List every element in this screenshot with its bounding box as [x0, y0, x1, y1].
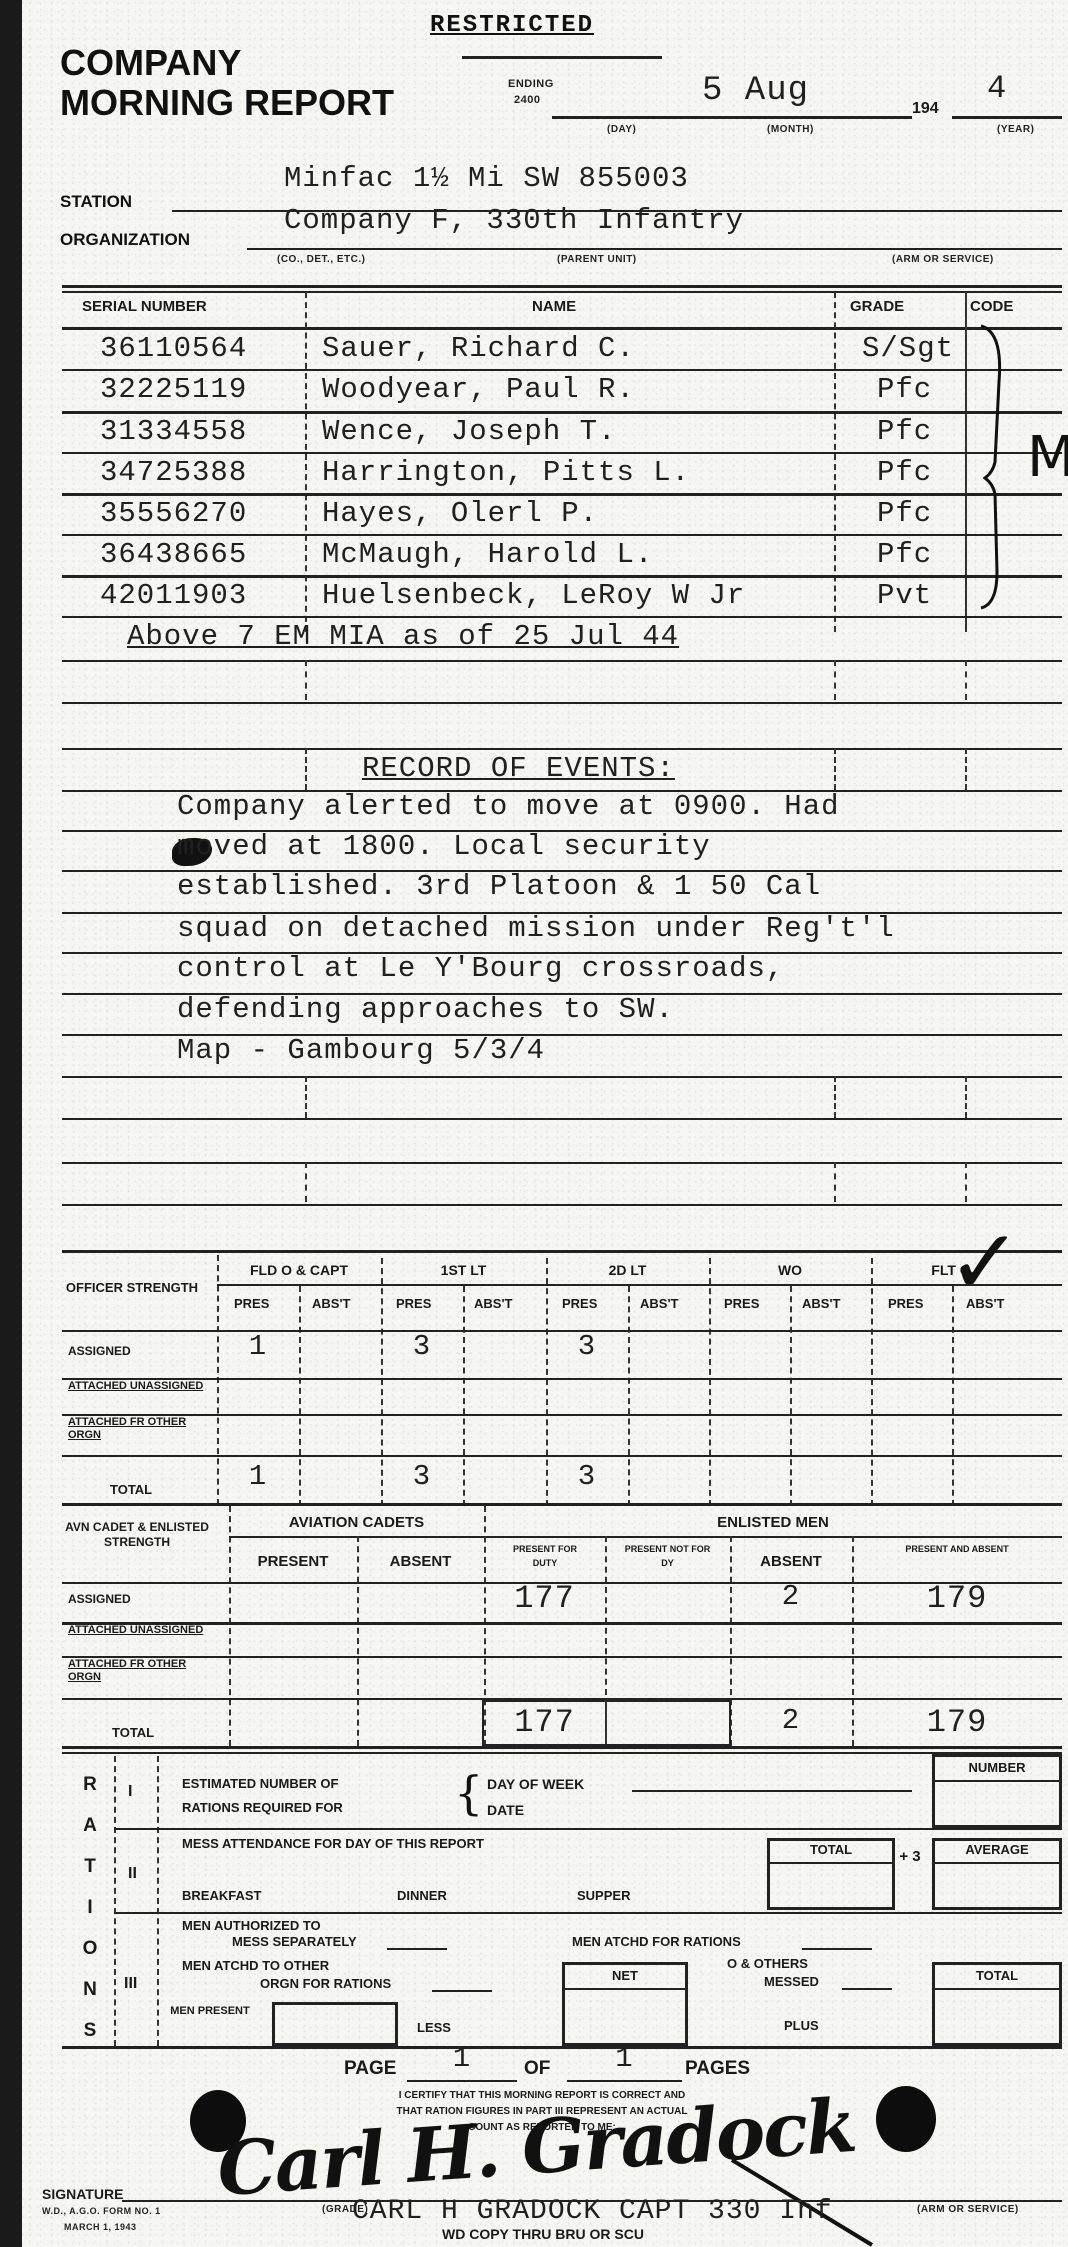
serial-number: 32225119: [100, 373, 247, 406]
ending-label: ENDING: [508, 78, 554, 90]
col-pres: PRES: [396, 1296, 431, 1311]
col-pres: PRES: [724, 1296, 759, 1311]
serial-number: 31334558: [100, 415, 247, 448]
soldier-grade: Pvt: [877, 579, 932, 612]
soldier-grade: S/Sgt: [862, 332, 954, 365]
soldier-grade: Pfc: [877, 456, 932, 489]
classification-stamp: RESTRICTED: [430, 12, 594, 39]
officer-cell: 3: [381, 1330, 463, 1363]
officer-cell: 1: [217, 1330, 299, 1363]
men-atchd-for-rations-label: MEN ATCHD FOR RATIONS: [572, 1934, 741, 1949]
men-present-box[interactable]: [272, 2002, 398, 2046]
enlisted-row-label: TOTAL: [112, 1725, 154, 1740]
report-year: 4: [987, 70, 1007, 107]
wd-copy-label: WD COPY THRU BRU OR SCU: [442, 2226, 644, 2242]
events-line: moved at 1800. Local security: [177, 830, 711, 863]
signature-label: SIGNATURE: [42, 2186, 123, 2202]
officer-cell: 3: [381, 1460, 463, 1493]
organization-value: Company F, 330th Infantry: [284, 204, 744, 237]
form-date: MARCH 1, 1943: [64, 2222, 137, 2232]
col-pres: PRES: [888, 1296, 923, 1311]
org-sub-label-2: (PARENT UNIT): [557, 254, 637, 265]
enlisted-men-header: ENLISTED MEN: [484, 1514, 1062, 1531]
arm-service-label: (ARM OR SERVICE): [917, 2204, 1019, 2215]
month-label: (MONTH): [767, 124, 814, 135]
form-title-line1: COMPANY: [60, 42, 241, 84]
col-enlisted-absent: ABSENT: [730, 1553, 852, 1570]
col-pres: PRES: [562, 1296, 597, 1311]
col-cadets-present: PRESENT: [229, 1553, 357, 1570]
enlisted-row-label: ATTACHED UNASSIGNED: [68, 1624, 218, 1637]
officer-row-label: ATTACHED UNASSIGNED: [68, 1380, 208, 1393]
col-pres: PRES: [234, 1296, 269, 1311]
col-present-and-absent: PRESENT AND ABSENT: [902, 1542, 1012, 1556]
soldier-grade: Pfc: [877, 373, 932, 406]
rations-total-label: TOTAL: [935, 1968, 1059, 1983]
enlisted-cell: 177: [484, 1704, 605, 1741]
form-title-line2: MORNING REPORT: [60, 82, 394, 124]
less-label: LESS: [417, 2020, 451, 2035]
enlisted-row-label: ASSIGNED: [68, 1592, 131, 1606]
of-label: OF: [524, 2058, 550, 2080]
organization-label: ORGANIZATION: [60, 230, 190, 250]
typed-name-grade: CARL H GRADOCK CAPT 330 Inf: [352, 2196, 833, 2227]
org-sub-label-1: (CO., DET., ETC.): [277, 254, 366, 265]
roster-note: Above 7 EM MIA as of 25 Jul 44: [127, 620, 679, 653]
serial-number: 42011903: [100, 579, 247, 612]
officer-group-fld: FLD O & CAPT: [217, 1262, 381, 1278]
enlisted-cell: 179: [852, 1580, 1062, 1617]
grade-label: (GRADE): [322, 2204, 368, 2215]
org-sub-label-3: (ARM OR SERVICE): [892, 254, 994, 265]
officers-others-label: O & OTHERS: [727, 1956, 808, 1971]
soldier-grade: Pfc: [877, 415, 932, 448]
col-present-for-duty: PRESENT FOR DUTY: [500, 1542, 590, 1570]
day-of-week-label: DAY OF WEEK: [487, 1776, 584, 1792]
enlisted-cell: 2: [730, 1704, 852, 1737]
rations-est-label: ESTIMATED NUMBER OF: [182, 1776, 338, 1791]
ending-hour-label: 2400: [514, 94, 540, 106]
events-line: established. 3rd Platoon & 1 50 Cal: [177, 870, 821, 903]
pages-label: PAGES: [685, 2058, 750, 2080]
men-present-label: MEN PRESENT: [170, 2004, 250, 2018]
soldier-name: Sauer, Richard C.: [322, 332, 635, 365]
mess-attendance-label: MESS ATTENDANCE FOR DAY OF THIS REPORT: [182, 1836, 484, 1851]
year-prefix: 194: [912, 100, 939, 118]
serial-number: 36110564: [100, 332, 247, 365]
brace-icon: {: [454, 1770, 483, 1816]
officer-cell: 3: [546, 1460, 628, 1493]
plus-label: PLUS: [784, 2018, 819, 2033]
section-iii-numeral: III: [124, 1975, 137, 1993]
col-abs: ABS'T: [802, 1296, 840, 1311]
brace-mark-icon: [977, 322, 1017, 612]
serial-number: 34725388: [100, 456, 247, 489]
soldier-grade: Pfc: [877, 497, 932, 530]
serial-number: 35556270: [100, 497, 247, 530]
station-label: STATION: [60, 192, 132, 212]
year-label: (YEAR): [997, 124, 1034, 135]
orgn-for-rations-label: ORGN FOR RATIONS: [260, 1976, 391, 1991]
soldier-grade: Pfc: [877, 538, 932, 571]
number-box-label: NUMBER: [935, 1760, 1059, 1775]
officer-row-label: ATTACHED FR OTHER ORGN: [68, 1416, 208, 1442]
col-header-serial: SERIAL NUMBER: [82, 298, 207, 315]
aviation-cadets-header: AVIATION CADETS: [229, 1514, 484, 1531]
col-cadets-absent: ABSENT: [357, 1553, 484, 1570]
events-line: Company alerted to move at 0900. Had: [177, 790, 840, 823]
col-present-not-for-duty: PRESENT NOT FOR DY: [620, 1542, 715, 1570]
page-number: 1: [407, 2042, 517, 2075]
soldier-name: Huelsenbeck, LeRoy W Jr: [322, 579, 745, 612]
officer-strength-label: OFFICER STRENGTH: [62, 1280, 202, 1296]
col-header-grade: GRADE: [850, 298, 904, 315]
station-value: Minfac 1½ Mi SW 855003: [284, 162, 689, 195]
net-label: NET: [565, 1968, 685, 1983]
dinner-label: DINNER: [397, 1888, 447, 1903]
supper-label: SUPPER: [577, 1888, 630, 1903]
officer-cell: 1: [217, 1460, 299, 1493]
mess-total-label: TOTAL: [770, 1842, 892, 1857]
enlisted-strength-label: AVN CADET & ENLISTED STRENGTH: [62, 1520, 212, 1550]
day-label: (DAY): [607, 124, 636, 135]
morning-report-page: RESTRICTED COMPANY MORNING REPORT ENDING…: [22, 0, 1068, 2247]
officer-group-wo: WO: [709, 1262, 871, 1278]
enlisted-cell: 179: [852, 1704, 1062, 1741]
check-mark-icon: ✓: [947, 1210, 1022, 1315]
col-header-name: NAME: [532, 298, 576, 315]
messed-label: MESSED: [764, 1974, 819, 1989]
officer-row-label: TOTAL: [110, 1482, 152, 1497]
col-abs: ABS'T: [312, 1296, 350, 1311]
events-line: defending approaches to SW.: [177, 993, 674, 1026]
report-date: 5 Aug: [702, 72, 809, 110]
breakfast-label: BREAKFAST: [182, 1888, 261, 1903]
events-line: squad on detached mission under Reg't'l: [177, 912, 895, 945]
enlisted-cell: 2: [730, 1580, 852, 1613]
men-atchd-to-other-label: MEN ATCHD TO OTHER: [182, 1958, 329, 1973]
officer-cell: 3: [546, 1330, 628, 1363]
officer-group-2lt: 2D LT: [546, 1262, 709, 1278]
section-i-numeral: I: [128, 1783, 132, 1801]
divide-by-three: + 3: [898, 1846, 922, 1868]
events-line: control at Le Y'Bourg crossroads,: [177, 952, 784, 985]
men-authorized-label: MEN AUTHORIZED TO: [182, 1918, 321, 1933]
page-label: PAGE: [344, 2058, 396, 2080]
rations-side-label: R A T I O N S: [78, 1764, 102, 2051]
section-ii-numeral: II: [128, 1865, 137, 1883]
col-abs: ABS'T: [474, 1296, 512, 1311]
enlisted-cell: 177: [484, 1580, 605, 1617]
total-pages: 1: [567, 2042, 682, 2075]
date-label: DATE: [487, 1802, 524, 1818]
rations-req-label: RATIONS REQUIRED FOR: [182, 1800, 343, 1815]
soldier-name: McMaugh, Harold L.: [322, 538, 653, 571]
events-line: Map - Gambourg 5/3/4: [177, 1034, 545, 1067]
form-id: W.D., A.G.O. FORM NO. 1: [42, 2206, 161, 2216]
col-abs: ABS'T: [640, 1296, 678, 1311]
officer-row-label: ASSIGNED: [68, 1344, 131, 1358]
col-header-code: CODE: [970, 298, 1013, 315]
soldier-name: Wence, Joseph T.: [322, 415, 616, 448]
soldier-name: Woodyear, Paul R.: [322, 373, 635, 406]
events-heading: RECORD OF EVENTS:: [362, 752, 675, 785]
soldier-name: Harrington, Pitts L.: [322, 456, 690, 489]
binder-hole-right: [876, 2086, 936, 2152]
mess-separately-label: MESS SEPARATELY: [232, 1934, 357, 1949]
serial-number: 36438665: [100, 538, 247, 571]
officer-group-1lt: 1ST LT: [381, 1262, 546, 1278]
code-mark: M: [1027, 425, 1068, 490]
enlisted-row-label: ATTACHED FR OTHER ORGN: [68, 1658, 218, 1684]
soldier-name: Hayes, Olerl P.: [322, 497, 598, 530]
average-label: AVERAGE: [935, 1842, 1059, 1857]
